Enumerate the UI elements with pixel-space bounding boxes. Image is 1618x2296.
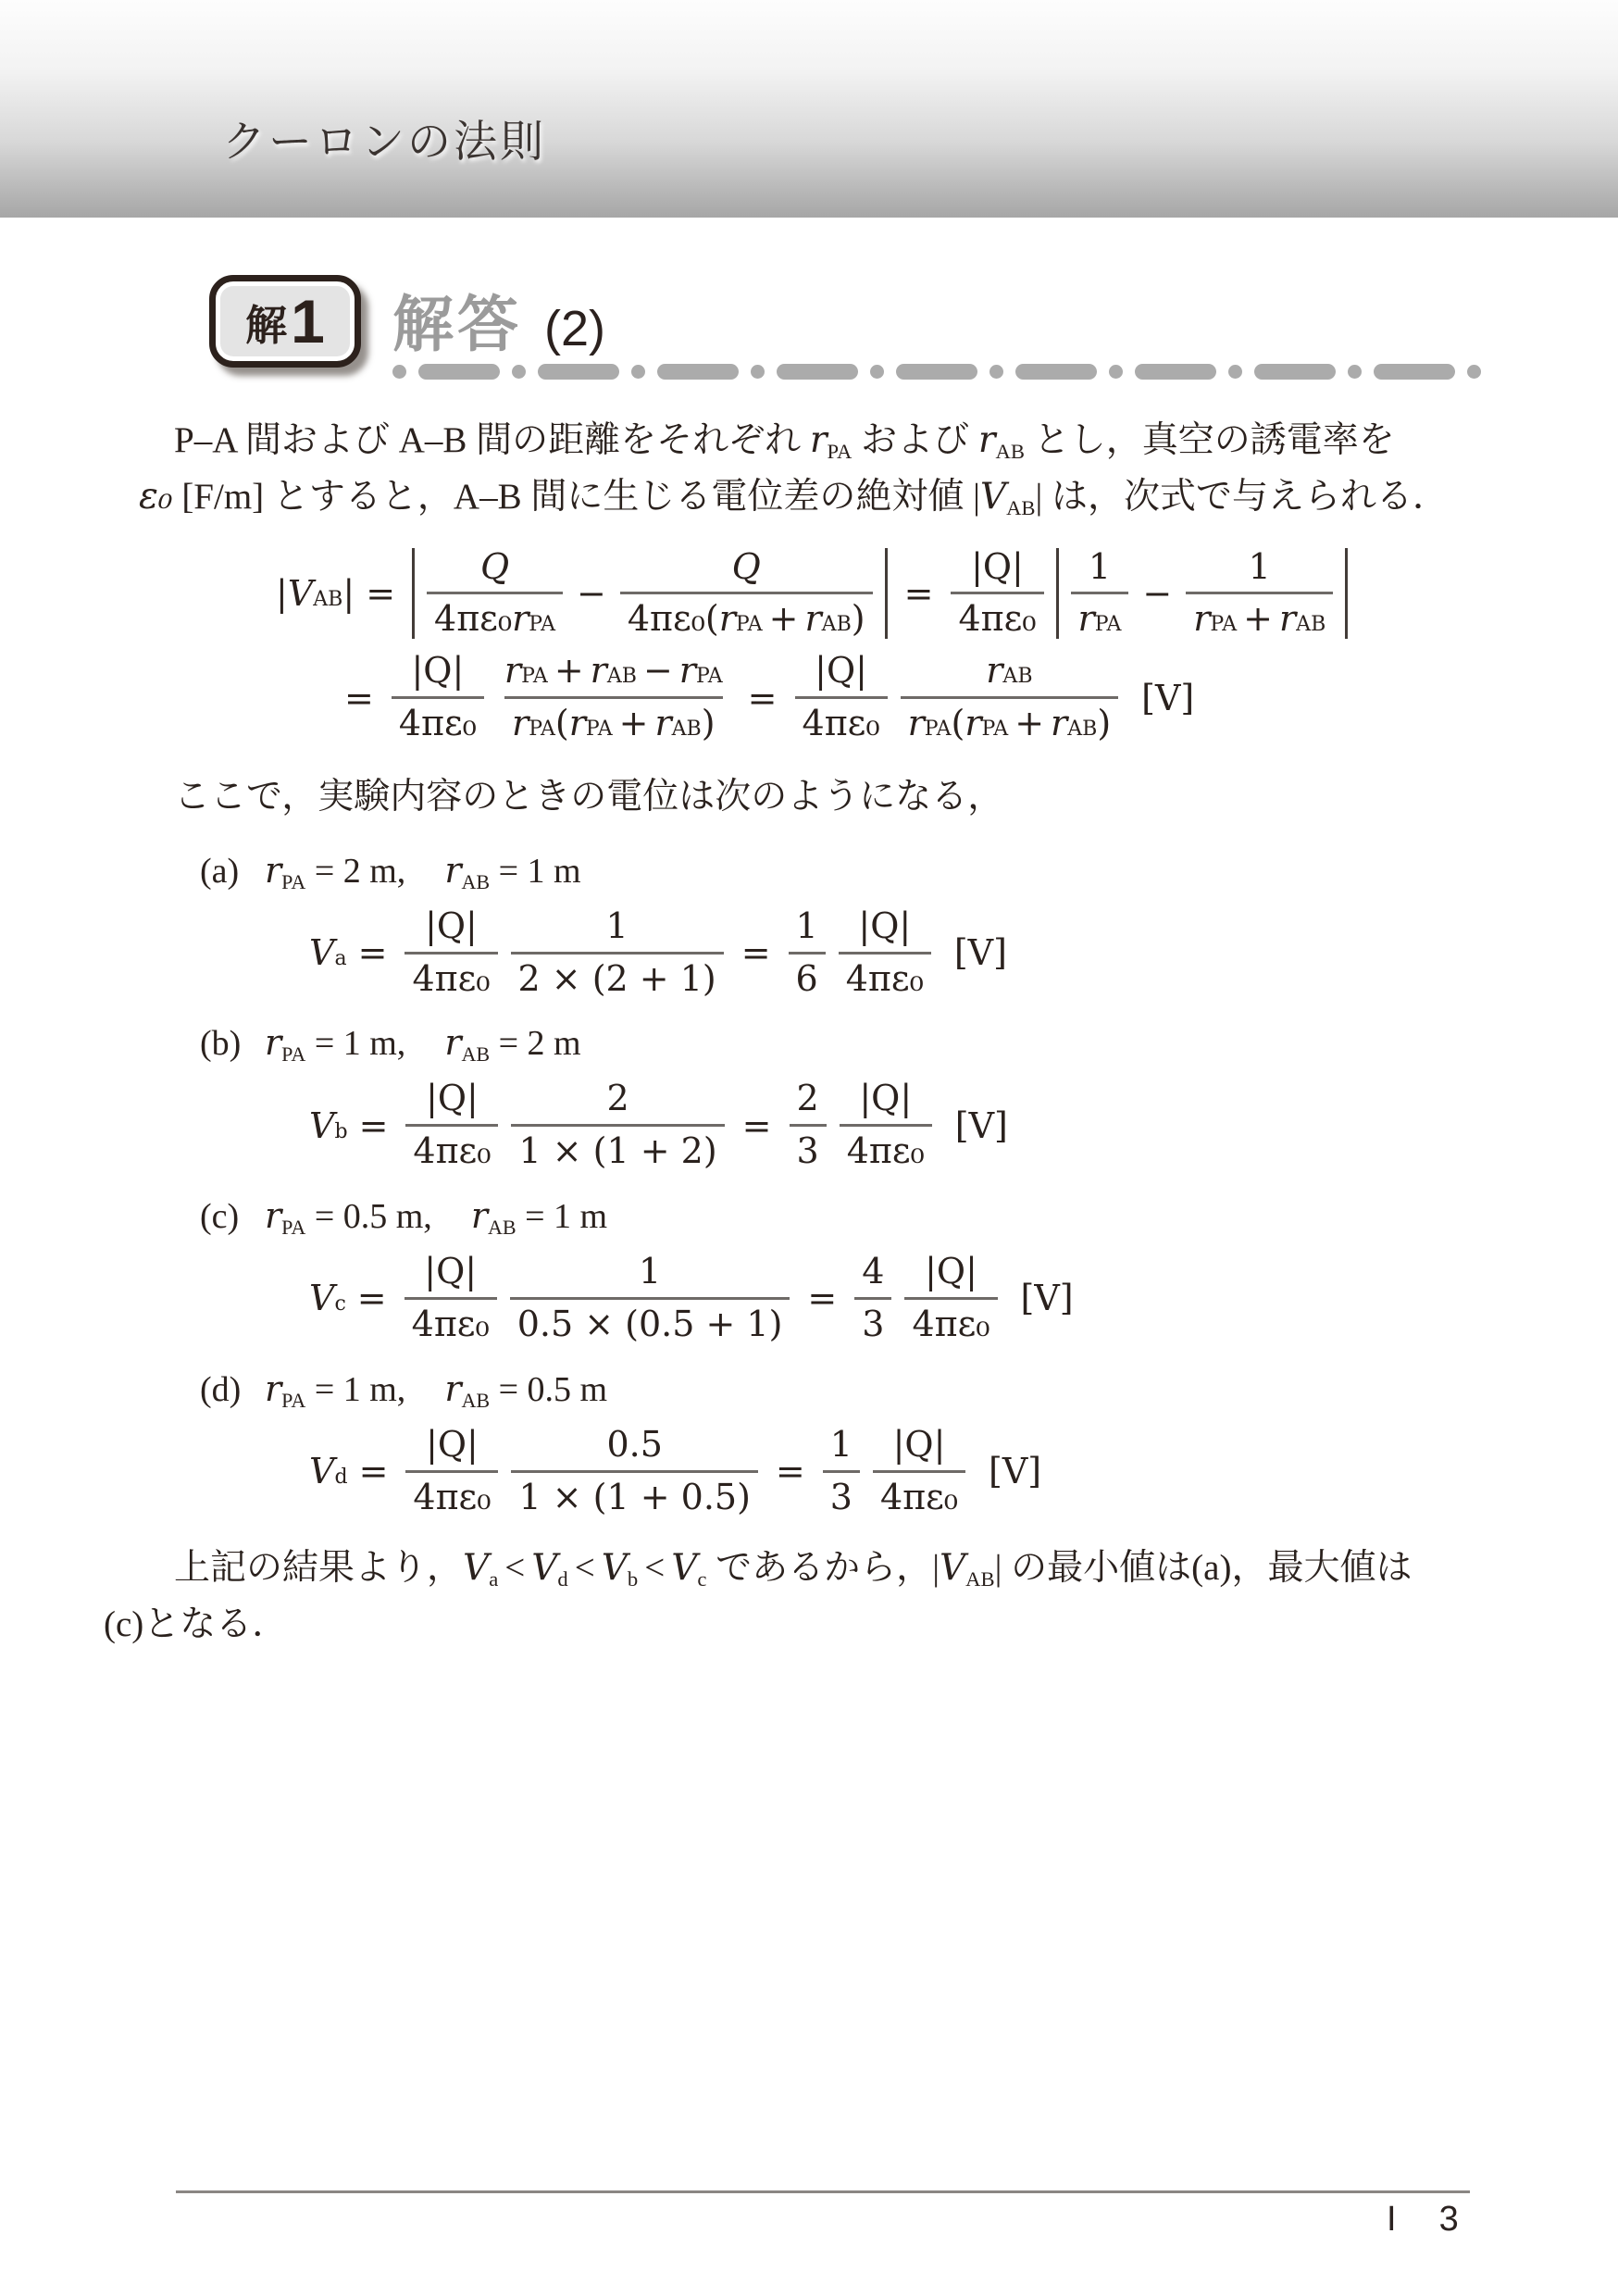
equals: = [742,1105,772,1146]
solution-title-number: (2) [544,300,605,357]
equals: = [358,932,388,973]
frac-result: 43 [854,1253,891,1344]
frac-absq-4pie: |Q| 4πε₀ [392,652,484,743]
conclusion-paragraph: 上記の結果より，Va<Vd<Vb<Vc であるから，|VAB| の最小値は(a)… [139,1541,1477,1653]
rab-value: rAB = 2 m [444,1022,580,1065]
unit-volt: [V] [1021,1278,1074,1318]
rab-value: rAB = 0.5 m [444,1368,607,1411]
solution-title-block: 解答 (2) [392,275,1481,380]
case-c-heading: (c) rPA = 0.5 m, rAB = 1 m [200,1195,1618,1238]
dashed-divider [392,364,1481,380]
unit-volt: [V] [955,1105,1008,1146]
divider-dash [538,364,619,380]
frac-absq-4pie: |Q|4πε₀ [840,1079,932,1171]
less-than: < [644,1548,665,1588]
frac-result: 16 [789,907,826,999]
divider-dot [1348,365,1362,379]
footer-rule [176,2190,1470,2193]
frac-result: 23 [790,1079,827,1171]
frac-mid: 10.5 × (0.5 + 1) [510,1253,790,1344]
divider-dot [989,365,1003,379]
mathvar-rab: rAB [978,420,1025,460]
text: [F/m] とすると，A–B 間に生じる電位差の絶対値 [181,477,964,517]
divider-dot [1109,365,1123,379]
footer-page-number: 3 [1439,2200,1459,2240]
divider-dash [1374,364,1455,380]
frac-mid: 0.51 × (1 + 0.5) [511,1426,757,1517]
case-b-heading: (b) rPA = 1 m, rAB = 2 m [200,1022,1618,1065]
abs-bar [1345,548,1348,640]
divider-dot [1228,365,1242,379]
rpa-value: rPA = 1 m, [265,1022,405,1065]
text: は，次式で与えられる． [1052,477,1449,517]
rpa-value: rPA = 0.5 m, [265,1195,432,1238]
equals: = [357,1278,387,1318]
abs-bar [412,548,415,640]
divider-dash [777,364,858,380]
rab-value: rAB = 1 m [471,1195,607,1238]
divider-dot [751,365,765,379]
equals: = [741,932,771,973]
frac-absq-4pie: |Q| 4πε₀ [795,652,888,743]
mathvar-abs-vab: |VAB| [973,477,1042,517]
text: の最小値は(a)，最大値は [1011,1548,1412,1588]
rab-value: rAB = 1 m [444,850,580,892]
footer-page-marker: I 3 [1387,2200,1459,2240]
minus: − [1142,573,1172,614]
text: P–A 間および A–B 間の距離をそれぞれ [174,420,801,460]
equals: = [366,573,395,614]
equals: = [807,1278,837,1318]
rpa-value: rPA = 1 m, [265,1368,405,1411]
case-label: (c) [200,1196,265,1237]
solution-badge: 解 1 [209,275,361,368]
divider-dash [896,364,977,380]
text: であるから， [716,1548,932,1588]
divider-dash [1135,364,1216,380]
lhs-v: Vb [309,1105,348,1146]
divider-dash [657,364,739,380]
equals: = [776,1451,805,1491]
equals: = [359,1105,389,1146]
equals: = [344,678,374,718]
solution-title: 解答 [392,275,522,363]
equation-vd: Vd = |Q|4πε₀ 0.51 × (1 + 0.5) = 13 |Q|4π… [309,1426,1618,1517]
unit-volt: [V] [954,932,1007,973]
mathvar-vb: Vb [602,1548,638,1588]
frac-q-4pie-rpa: Q 4πε₀rPA [427,548,563,640]
chapter-title: クーロンの法則 [222,107,546,169]
frac-absq-4pie: |Q| 4πε₀ [951,548,1043,640]
divider-dot [1467,365,1481,379]
mathvar-vd: Vd [531,1548,567,1588]
equation-va: Va = |Q|4πε₀ 12 × (2 + 1) = 16 |Q|4πε₀ [… [309,907,1618,999]
case-label: (a) [200,851,265,892]
frac-1-rpa: 1 rPA [1071,548,1129,640]
equals: = [359,1451,389,1491]
abs-bar [885,548,888,640]
unit-volt: [V] [989,1451,1041,1491]
text: とし，真空の誘電率を [1034,420,1395,460]
frac-mid: 21 × (1 + 2) [511,1079,724,1171]
text: (c)となる． [104,1597,288,1653]
mathvar-eps0: ε₀ [139,476,173,518]
frac-absq-4pie: |Q|4πε₀ [404,907,497,999]
case-d-heading: (d) rPA = 1 m, rAB = 0.5 m [200,1368,1618,1411]
equals: = [904,573,934,614]
frac-rab-over-prod: rAB rPA(rPA+rAB) [901,652,1119,743]
mathvar-abs-vab: |VAB| [932,1548,1002,1588]
divider-dot [392,365,406,379]
divider-dash [1015,364,1097,380]
frac-absq-4pie: |Q|4πε₀ [904,1253,997,1344]
frac-diff-over-prod: rPA+rAB−rPA rPA(rPA+rAB) [497,652,730,743]
lhs-v: Vc [309,1278,346,1318]
frac-absq-4pie: |Q|4πε₀ [405,1426,498,1517]
equation-vb: Vb = |Q|4πε₀ 21 × (1 + 2) = 23 |Q|4πε₀ [… [309,1079,1618,1171]
divider-dot [870,365,884,379]
equation-vab-line2: = |Q| 4πε₀ rPA+rAB−rPA rPA(rPA+rAB) = |Q… [333,652,1618,743]
badge-number: 1 [291,291,325,352]
frac-absq-4pie: |Q|4πε₀ [405,1079,498,1171]
footer-volume: I [1387,2200,1397,2240]
less-than: < [504,1548,525,1588]
rpa-value: rPA = 2 m, [265,850,405,892]
lhs-v: Vd [309,1451,348,1491]
frac-absq-4pie: |Q|4πε₀ [404,1253,497,1344]
text: 上記の結果より， [174,1548,463,1588]
abs-bar [1056,548,1059,640]
equals: = [748,678,778,718]
mathvar-va: Va [463,1548,498,1588]
mathvar-vc: Vc [671,1548,706,1588]
frac-q-4pie-sum: Q 4πε₀(rPA+rAB) [620,548,873,640]
equation-vab-line1: |VAB| = Q 4πε₀rPA − Q 4πε₀(rPA+rAB) = |Q… [276,548,1618,640]
mathvar-rpa: rPA [810,420,852,460]
solution-heading: 解 1 解答 (2) [209,275,1618,380]
textbook-page: クーロンの法則 解 1 解答 (2) P–A 間および A–B 間の距離をそれぞ… [0,0,1618,2296]
case-label: (d) [200,1369,265,1410]
equation-vc: Vc = |Q|4πε₀ 10.5 × (0.5 + 1) = 43 |Q|4π… [309,1253,1618,1344]
case-a-heading: (a) rPA = 2 m, rAB = 1 m [200,850,1618,892]
lead-sentence: ここで，実験内容のときの電位は次のようになる， [139,769,1477,826]
case-label: (b) [200,1023,265,1064]
text: および [861,420,969,460]
divider-dot [631,365,645,379]
lhs-abs-vab: |VAB| [276,573,355,614]
frac-mid: 12 × (2 + 1) [511,907,724,999]
intro-paragraph: P–A 間および A–B 間の距離をそれぞれ rPA および rAB とし，真空… [139,413,1477,526]
minus: − [577,573,606,614]
frac-absq-4pie: |Q|4πε₀ [873,1426,965,1517]
divider-dash [1254,364,1336,380]
divider-dot [512,365,526,379]
lhs-v: Va [309,932,347,973]
less-than: < [575,1548,595,1588]
frac-absq-4pie: |Q|4πε₀ [839,907,931,999]
divider-dash [418,364,500,380]
frac-1-sum: 1 rPA+rAB [1186,548,1333,640]
badge-kai-label: 解 [245,292,287,352]
frac-result: 13 [823,1426,860,1517]
solution-title-row: 解答 (2) [392,275,1481,353]
chapter-header-bar: クーロンの法則 [0,0,1618,218]
unit-volt: [V] [1141,678,1194,718]
